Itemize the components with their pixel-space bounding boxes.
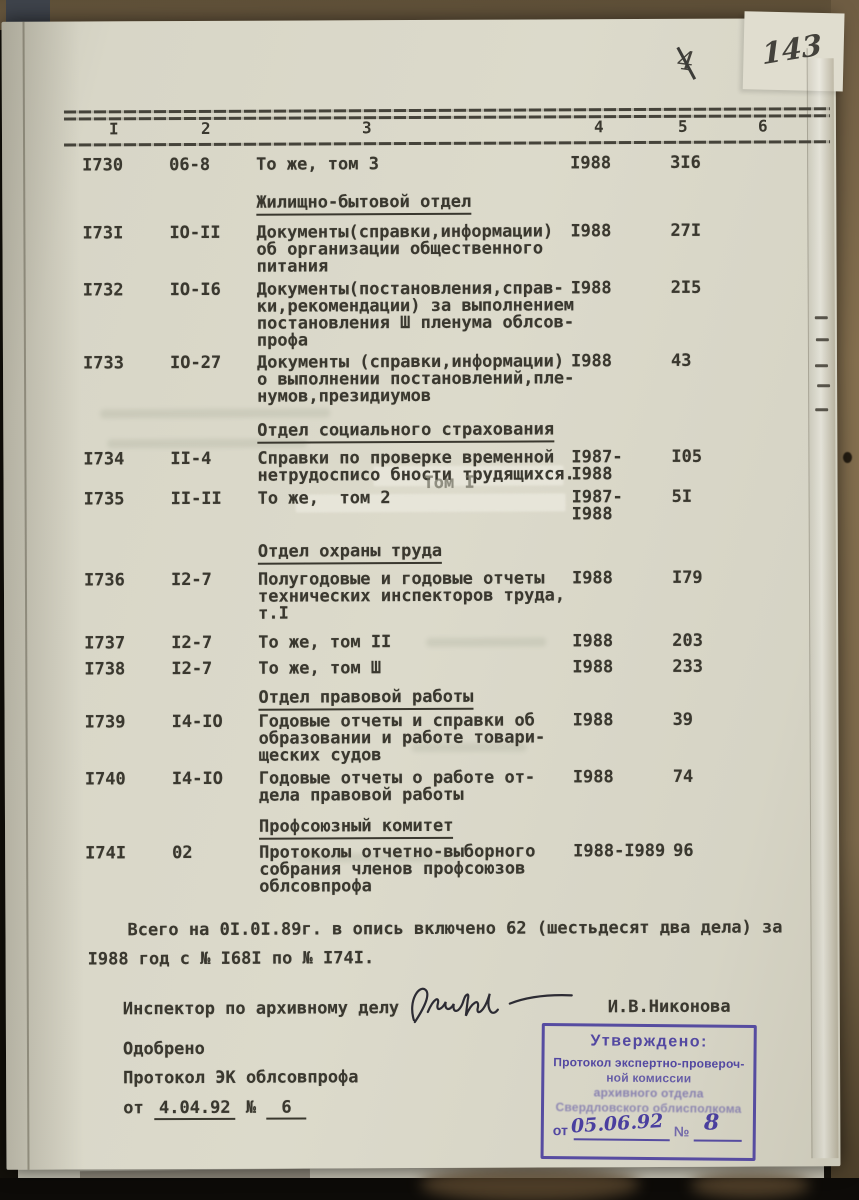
title-line: щеских судов (259, 747, 382, 765)
scan-artifact (843, 452, 852, 463)
index-cell: II-II (171, 491, 222, 508)
index-cell: I2-7 (171, 635, 212, 652)
title-line: профа (257, 332, 308, 349)
summary-line: Всего на 0I.0I.89г. в опись включено 62 … (127, 919, 782, 939)
year-cell: I988 (572, 659, 613, 676)
stamp-number-sign: № (674, 1123, 690, 1139)
index-cell: IO-II (169, 225, 220, 242)
count-cell: 2I5 (671, 280, 702, 297)
stamp-date: 05.06.92 (570, 1110, 664, 1138)
year-cell: I988 (570, 223, 611, 240)
stamp-line: Протокол экспертно-провероч- (544, 1055, 753, 1071)
row-number-cell: I74I (85, 845, 126, 862)
title-line: То же, том 2 (258, 490, 391, 508)
index-cell: IO-I6 (170, 282, 221, 299)
count-cell: 27I (670, 223, 701, 240)
summary-line: I988 год с № I68I по № I74I. (88, 950, 375, 968)
count-cell: 233 (672, 659, 703, 676)
count-cell: 3I6 (670, 155, 701, 172)
index-cell: I4-IO (172, 771, 223, 788)
year-cell: I988 (571, 466, 612, 483)
stamp-title: Утверждено: (545, 1032, 754, 1052)
protocol-label: Протокол ЭК облсовпрофа (123, 1069, 358, 1087)
row-number-cell: I732 (83, 282, 124, 299)
approval-stamp: Утверждено: Протокол экспертно-провероч-… (541, 1023, 757, 1161)
date-prefix: от (123, 1098, 144, 1118)
inspector-name: И.В.Никонова (608, 999, 731, 1017)
title-line: То же, том II (258, 634, 391, 652)
row-number-cell: I737 (84, 635, 125, 652)
title-line: То же, том 3 (256, 156, 379, 174)
year-cell: I988 (572, 506, 613, 523)
row-number-cell: I735 (84, 491, 125, 508)
stamp-line: ной комиссии (544, 1070, 753, 1086)
stamp-number-line (694, 1139, 742, 1141)
row-number-cell: I730 (82, 157, 123, 174)
row-number-cell: I733 (83, 355, 124, 372)
index-cell: II-4 (170, 451, 211, 468)
title-line: нумов,президиумов (257, 388, 431, 406)
count-cell: 43 (671, 353, 692, 370)
index-cell: I4-IO (172, 714, 223, 731)
protocol-number: 6 (266, 1098, 306, 1120)
title-line: дела правовой работы (259, 787, 464, 805)
index-cell: I2-7 (171, 661, 212, 678)
index-cell: I2-7 (171, 572, 212, 589)
count-cell: 96 (673, 843, 694, 860)
row-number-cell: I734 (83, 451, 124, 468)
title-line: т.I (258, 606, 289, 623)
row-number-cell: I73I (82, 225, 123, 242)
stamp-line: архивного отдела (544, 1085, 753, 1101)
stamp-date-line (574, 1138, 670, 1141)
title-line: облсовпрофа (259, 878, 372, 895)
title-line: технических инспекторов труда, (258, 587, 565, 605)
section-header: Отдел социального страхования (257, 421, 554, 439)
count-cell: I05 (671, 449, 702, 466)
year-cell: I988 (571, 353, 612, 370)
count-cell: 203 (672, 633, 703, 650)
document-page: 143 4 I 2 3 4 5 6 I73006-8То же, том 3I9… (1, 18, 840, 1170)
protocol-date: 4.04.92 (154, 1098, 236, 1120)
annotation-tom-1: Том I (423, 475, 474, 492)
index-cell: 06-8 (169, 157, 210, 174)
row-number-cell: I736 (84, 572, 125, 589)
title-line: питания (257, 258, 329, 275)
count-cell: 5I (672, 489, 693, 506)
count-cell: 39 (673, 712, 694, 729)
section-header: Профсоюзный комитет (259, 818, 454, 836)
year-cell: I988 (572, 633, 613, 650)
count-cell: 74 (673, 769, 694, 786)
stamp-from-label: от (553, 1122, 568, 1138)
row-number-cell: I739 (85, 714, 126, 731)
section-header: Отдел правовой работы (258, 689, 473, 707)
year-cell: I988 (573, 769, 614, 786)
number-sign: № (246, 1098, 256, 1118)
year-cell: I988 (571, 280, 612, 297)
index-cell: IO-27 (170, 355, 221, 372)
section-header: Жилищно-бытовой отдел (256, 194, 471, 212)
inspector-role: Инспектор по архивному делу (123, 1000, 399, 1018)
row-number-cell: I740 (85, 771, 126, 788)
year-cell: I988-I989 (573, 843, 665, 860)
title-line: То же, том Ш (258, 660, 381, 678)
year-cell: I988 (572, 570, 613, 587)
count-cell: I79 (672, 570, 703, 587)
stamp-number: 8 (704, 1110, 720, 1136)
approved-label: Одобрено (123, 1041, 205, 1058)
scan-stain (420, 1166, 640, 1200)
scan-stain (690, 1172, 810, 1198)
index-cell: 02 (172, 845, 193, 862)
year-cell: I988 (570, 155, 611, 172)
section-header: Отдел охраны труда (258, 543, 442, 561)
protocol-date-line: от 4.04.92 № 6 (123, 1100, 306, 1118)
title-line: нетрудосписо бности трудящихся. (257, 466, 574, 484)
year-cell: I988 (573, 712, 614, 729)
row-number-cell: I738 (84, 661, 125, 678)
